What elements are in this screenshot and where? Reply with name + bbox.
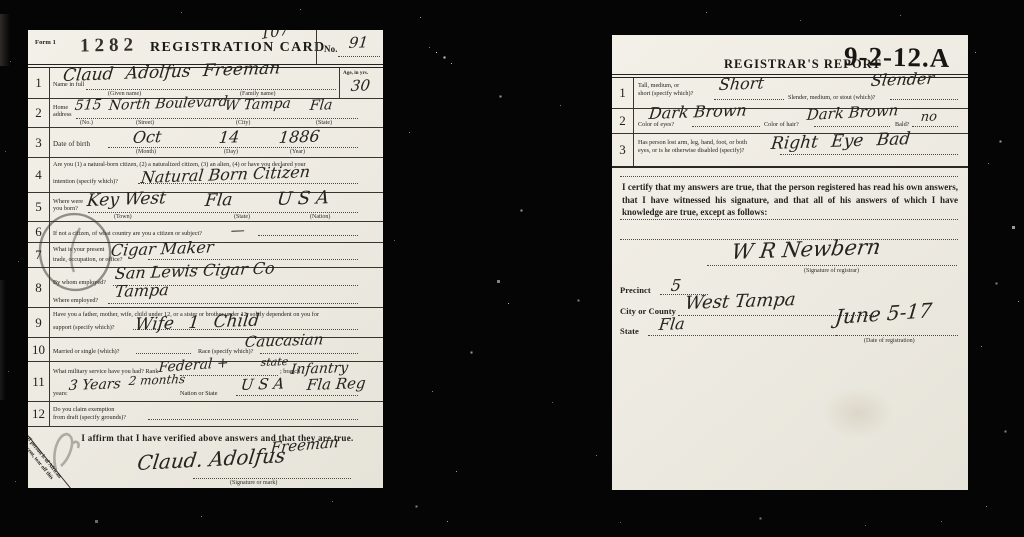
bald-label: Bald? — [895, 121, 909, 128]
dotted-line — [338, 56, 380, 57]
serial-number-stamp: 1282 — [80, 34, 138, 57]
birth-month-value: Oct — [132, 127, 163, 147]
age-label: Age, in yrs. — [343, 70, 368, 76]
occupation-value: Cigar Maker — [110, 237, 215, 260]
dotted-line — [714, 99, 784, 100]
state-value: Fla — [309, 97, 333, 114]
dotted-line — [836, 335, 958, 336]
signature-given: Claud. Adolfus — [136, 443, 287, 475]
nation-label: Nation or State — [180, 390, 217, 397]
day-sublabel: (Day) — [224, 149, 238, 155]
birth-year-value: 1886 — [278, 126, 321, 147]
row-number: 3 — [28, 128, 50, 157]
year-sublabel: (Year) — [290, 149, 305, 155]
dotted-line — [258, 235, 358, 236]
disability-label-2: eyes, or is he otherwise disabled (speci… — [638, 147, 744, 154]
disability-label-1: Has person lost arm, leg, hand, foot, or… — [638, 139, 747, 146]
dotted-line — [136, 353, 191, 354]
town-sublabel: (Town) — [114, 214, 132, 220]
row-number: 2 — [612, 109, 634, 133]
birthplace-label-1: Where were — [53, 198, 83, 205]
nation-value: U S A — [240, 374, 285, 394]
dotted-line — [692, 126, 760, 127]
dotted-line — [108, 147, 358, 148]
citizenship-label-2: intention (specify which)? — [53, 178, 118, 185]
state-label: State — [620, 326, 639, 336]
dotted-line — [236, 395, 358, 396]
city-county-value: West Tampa — [684, 289, 797, 314]
hair-label: Color of hair? — [764, 121, 799, 128]
city-value: W Tampa — [224, 96, 292, 114]
work-place-label: Where employed? — [53, 297, 98, 304]
row-number: 1 — [612, 78, 634, 108]
blank-dotted-line — [620, 219, 958, 220]
years-value: 3 Years — [68, 376, 122, 394]
dependents-value: Wife 1 Child — [134, 311, 260, 335]
home-label-1: Home — [53, 104, 68, 111]
no-sublabel: (No.) — [80, 120, 93, 126]
row-11-military-service: 11 What military service have you had? R… — [28, 361, 383, 401]
home-label-2: address — [53, 111, 72, 118]
row-number: 9 — [28, 308, 50, 337]
dotted-line — [912, 126, 958, 127]
signature-sublabel: (Signature or mark) — [230, 480, 277, 486]
registration-card: Form 1 1282 REGISTRATION CARD 107 No. 91… — [28, 30, 383, 488]
dotted-line — [780, 154, 958, 155]
exemption-label-1: Do you claim exemption — [53, 406, 114, 413]
state-sublabel: (State) — [316, 120, 332, 126]
precinct-value: 5 — [670, 276, 682, 295]
report-row-2-features: 2 Color of eyes? Dark Brown Color of hai… — [612, 108, 968, 133]
registration-date-value: June 5-17 — [834, 298, 933, 329]
dotted-line — [148, 419, 358, 420]
row-12-exemption: 12 Do you claim exemption from draft (sp… — [28, 401, 383, 426]
height-label-1: Tall, medium, or — [638, 82, 679, 89]
pencil-scribble-mark — [48, 426, 84, 476]
row-3-birthdate: 3 Date of birth (Month) (Day) (Year) Oct… — [28, 127, 383, 157]
birth-nation-value: U S A — [276, 187, 330, 210]
disability-value: Right Eye Bad — [770, 129, 911, 154]
months-value: 2 months — [128, 372, 186, 388]
dotted-line — [86, 89, 336, 90]
birthdate-label: Date of birth — [53, 140, 90, 148]
race-value: Caucasian — [244, 330, 324, 351]
order-number-value: 91 — [348, 33, 369, 52]
dotted-line — [648, 335, 844, 336]
precinct-label: Precinct — [620, 285, 651, 295]
month-sublabel: (Month) — [136, 149, 156, 155]
card-title: REGISTRATION CARD — [150, 40, 326, 56]
street-value: North Boulevard — [108, 94, 228, 114]
row-number: 2 — [28, 99, 50, 127]
dashed-separator — [620, 176, 958, 177]
age-value: 30 — [350, 76, 371, 95]
birth-day-value: 14 — [218, 127, 240, 147]
dotted-line — [260, 353, 358, 354]
height-label-2: short (specify which)? — [638, 90, 693, 97]
registrar-signature-sublabel: (Signature of registrar) — [804, 268, 859, 274]
row-2-address: 2 Home address (No.) (Street) (City) (St… — [28, 98, 383, 127]
eyes-value: Dark Brown — [648, 101, 748, 123]
row-number: 12 — [28, 402, 50, 426]
rank-extra-value: state — [260, 355, 289, 369]
street-sublabel: (Street) — [136, 120, 154, 126]
scanned-draft-registration-document: Form 1 1282 REGISTRATION CARD 107 No. 91… — [0, 0, 1024, 537]
birth-town-value: Key West — [86, 188, 167, 211]
married-label: Married or single (which)? — [53, 348, 120, 355]
registration-date-sublabel: (Date of registration) — [864, 338, 915, 344]
header-divider — [316, 30, 317, 64]
form-number-label: Form 1 — [35, 39, 56, 46]
house-number-value: 515 — [74, 97, 102, 114]
row-number: 1 — [28, 68, 50, 98]
dotted-line — [193, 478, 351, 479]
age-box: Age, in yrs. 30 — [339, 68, 383, 98]
certification-text: I certify that my answers are true, that… — [622, 181, 958, 219]
dotted-line — [76, 118, 358, 119]
registrars-report: REGISTRAR'S REPORT 9-2-12.A 1 Tall, medi… — [612, 35, 968, 490]
registrar-signature: W R Newbern — [730, 235, 882, 264]
report-row-3-disability: 3 Has person lost arm, leg, hand, foot, … — [612, 133, 968, 168]
dotted-line — [707, 265, 957, 266]
edge-smudge — [0, 280, 6, 400]
row-number: 10 — [28, 338, 50, 361]
birth-state-value: Fla — [204, 190, 233, 211]
edge-smudge — [0, 14, 10, 66]
foreign-citizen-value: — — [230, 222, 246, 239]
nation-sublabel: (Nation) — [310, 214, 330, 220]
city-sublabel: (City) — [236, 120, 250, 126]
dotted-line — [88, 212, 358, 213]
film-noise-specks — [0, 0, 1, 1]
work-place-value: Tampa — [114, 280, 170, 301]
paper-stain — [822, 387, 894, 439]
state-sublabel: (State) — [234, 214, 250, 220]
bald-value: no — [920, 109, 938, 125]
height-value: Short — [718, 73, 765, 94]
build-value: Slender — [870, 69, 935, 90]
years-label: years: — [53, 390, 68, 397]
exemption-label-2: from draft (specify grounds)? — [53, 414, 126, 421]
state-value: Fla — [658, 314, 686, 334]
dotted-line — [890, 99, 958, 100]
nation-extra-value: Fla Reg — [306, 374, 367, 394]
pencil-circle-mark — [34, 210, 116, 294]
dotted-line — [108, 303, 358, 304]
order-number-label: No. — [324, 44, 338, 54]
row-number: 3 — [612, 134, 634, 166]
row-number: 4 — [28, 158, 50, 192]
build-label: Slender, medium, or stout (which)? — [788, 94, 875, 101]
dotted-line — [814, 126, 890, 127]
dependents-label-2: support (specify which)? — [53, 324, 115, 331]
row-9-dependents: 9 Have you a father, mother, wife, child… — [28, 307, 383, 337]
row-1-name: 1 Name in full (Given name) (Family name… — [28, 68, 383, 98]
hair-value: Dark Brown — [806, 101, 899, 124]
row-number: 11 — [28, 362, 50, 401]
